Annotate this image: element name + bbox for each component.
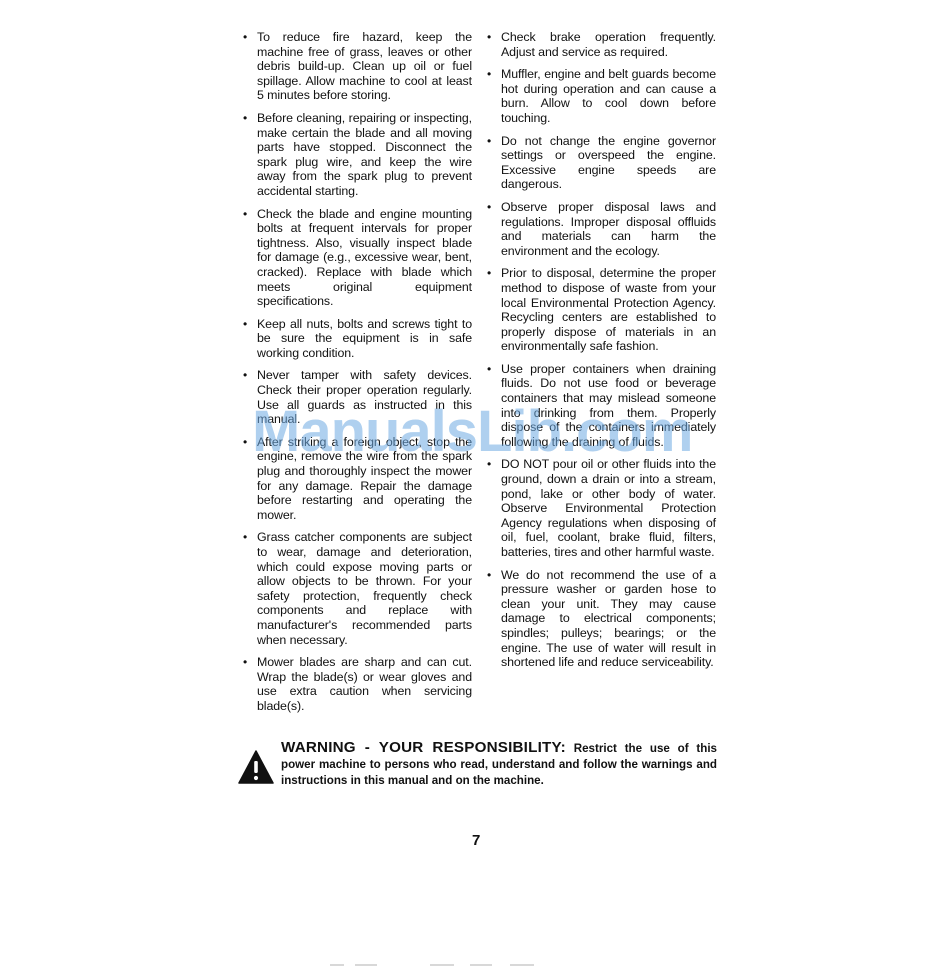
list-item: •Keep all nuts, bolts and screws tight t… <box>240 317 472 361</box>
manual-page: •To reduce fire hazard, keep the machine… <box>0 0 950 976</box>
item-text: After striking a foreign object, stop th… <box>257 435 472 522</box>
item-text: Observe proper disposal laws and regulat… <box>501 200 716 258</box>
list-item: •Check the blade and engine mounting bol… <box>240 207 472 309</box>
item-text: Grass catcher components are subject to … <box>257 530 472 646</box>
list-item: •Before cleaning, repairing or inspectin… <box>240 111 472 199</box>
item-text: We do not recommend the use of a pressur… <box>501 568 716 670</box>
list-item: •Check brake operation frequently. Adjus… <box>484 30 716 59</box>
bullet-icon: • <box>243 435 247 450</box>
item-text: Never tamper with safety devices. Check … <box>257 368 472 426</box>
list-item: •To reduce fire hazard, keep the machine… <box>240 30 472 103</box>
item-text: Before cleaning, repairing or inspecting… <box>257 111 472 198</box>
item-text: DO NOT pour oil or other fluids into the… <box>501 457 716 559</box>
bullet-icon: • <box>243 317 247 332</box>
bullet-icon: • <box>243 30 247 45</box>
warning-block: WARNING - YOUR RESPONSIBILITY: Restrict … <box>238 740 718 794</box>
left-column: •To reduce fire hazard, keep the machine… <box>240 30 472 722</box>
list-item: •Mower blades are sharp and can cut. Wra… <box>240 655 472 713</box>
list-item: •Use proper containers when draining flu… <box>484 362 716 450</box>
list-item: •After striking a foreign object, stop t… <box>240 435 472 523</box>
bullet-icon: • <box>487 134 491 149</box>
list-item: •Prior to disposal, determine the proper… <box>484 266 716 354</box>
list-item: •Muffler, engine and belt guards become … <box>484 67 716 125</box>
item-text: Prior to disposal, determine the proper … <box>501 266 716 353</box>
bullet-icon: • <box>243 530 247 545</box>
item-text: Do not change the engine governor settin… <box>501 134 716 192</box>
bullet-icon: • <box>487 30 491 45</box>
warning-triangle-icon <box>238 750 274 784</box>
list-item: •Never tamper with safety devices. Check… <box>240 368 472 426</box>
bullet-icon: • <box>487 457 491 472</box>
scan-artifacts <box>330 964 630 968</box>
bullet-icon: • <box>243 207 247 222</box>
page-number: 7 <box>472 832 480 849</box>
item-text: Check brake operation frequently. Adjust… <box>501 30 716 59</box>
bullet-icon: • <box>243 368 247 383</box>
list-item: •DO NOT pour oil or other fluids into th… <box>484 457 716 559</box>
bullet-icon: • <box>243 655 247 670</box>
warning-heading: WARNING - YOUR RESPONSIBILITY: <box>281 739 566 756</box>
item-text: To reduce fire hazard, keep the machine … <box>257 30 472 102</box>
bullet-icon: • <box>487 568 491 583</box>
bullet-icon: • <box>487 362 491 377</box>
list-item: •Grass catcher components are subject to… <box>240 530 472 647</box>
item-text: Mower blades are sharp and can cut. Wrap… <box>257 655 472 713</box>
warning-text: WARNING - YOUR RESPONSIBILITY: Restrict … <box>281 740 717 789</box>
item-text: Check the blade and engine mounting bolt… <box>257 207 472 309</box>
bullet-icon: • <box>243 111 247 126</box>
list-item: •We do not recommend the use of a pressu… <box>484 568 716 670</box>
item-text: Use proper containers when draining flui… <box>501 362 716 449</box>
item-text: Keep all nuts, bolts and screws tight to… <box>257 317 472 360</box>
item-text: Muffler, engine and belt guards become h… <box>501 67 716 125</box>
bullet-icon: • <box>487 266 491 281</box>
list-item: •Do not change the engine governor setti… <box>484 134 716 192</box>
bullet-icon: • <box>487 200 491 215</box>
right-column: •Check brake operation frequently. Adjus… <box>484 30 716 678</box>
list-item: •Observe proper disposal laws and regula… <box>484 200 716 258</box>
bullet-icon: • <box>487 67 491 82</box>
